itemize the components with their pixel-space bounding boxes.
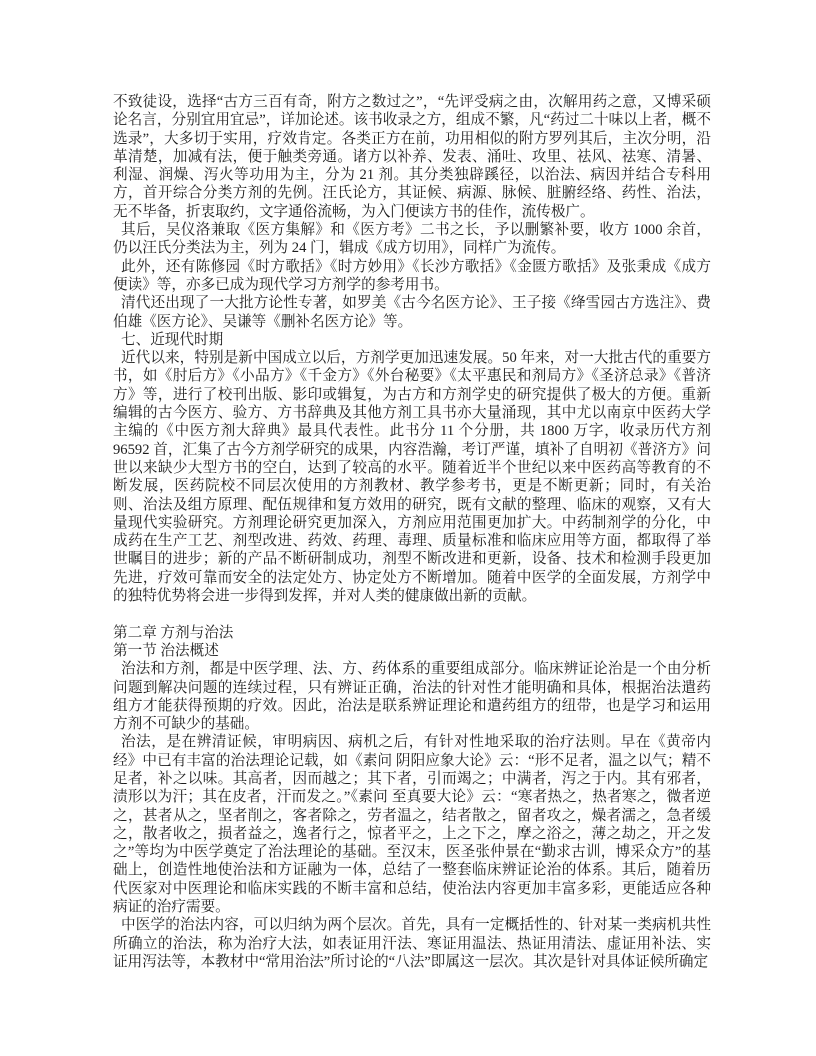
section-heading: 第一节 治法概述 [113, 642, 711, 660]
body-paragraph: 治法和方剂，都是中医学理、法、方、药体系的重要组成部分。临床辨证论治是一个由分析… [113, 660, 711, 733]
body-paragraph: 中医学的治法内容，可以归纳为两个层次。首先，具有一定概括性的、针对某一类病机共性… [113, 916, 711, 971]
body-paragraph: 近代以来，特别是新中国成立以后，方剂学更加迅速发展。50 年来，对一大批古代的重… [113, 349, 711, 605]
text-block: 不致徒设，选择“古方三百有奇，附方之数过之”，“先评受病之由，次解用药之意，又博… [113, 93, 711, 971]
chapter-heading: 第二章 方剂与治法 [113, 624, 711, 642]
body-paragraph: 其后，吴仪洛兼取《医方集解》和《医方考》二书之长，予以删繁补要，收方 1000 … [113, 221, 711, 258]
subsection-heading: 七、近现代时期 [113, 331, 711, 349]
body-paragraph: 治法，是在辨清证候，审明病因、病机之后，有针对性地采取的治疗法则。早在《黄帝内经… [113, 733, 711, 916]
body-paragraph-continuation: 不致徒设，选择“古方三百有奇，附方之数过之”，“先评受病之由，次解用药之意，又博… [113, 93, 711, 221]
document-page: 不致徒设，选择“古方三百有奇，附方之数过之”，“先评受病之由，次解用药之意，又博… [0, 0, 816, 1056]
body-paragraph: 此外，还有陈修园《时方歌括》《时方妙用》《长沙方歌括》《金匮方歌括》及张秉成《成… [113, 258, 711, 295]
body-paragraph: 清代还出现了一大批方论性专著，如罗美《古今名医方论》、王子接《绛雪园古方选注》、… [113, 294, 711, 331]
